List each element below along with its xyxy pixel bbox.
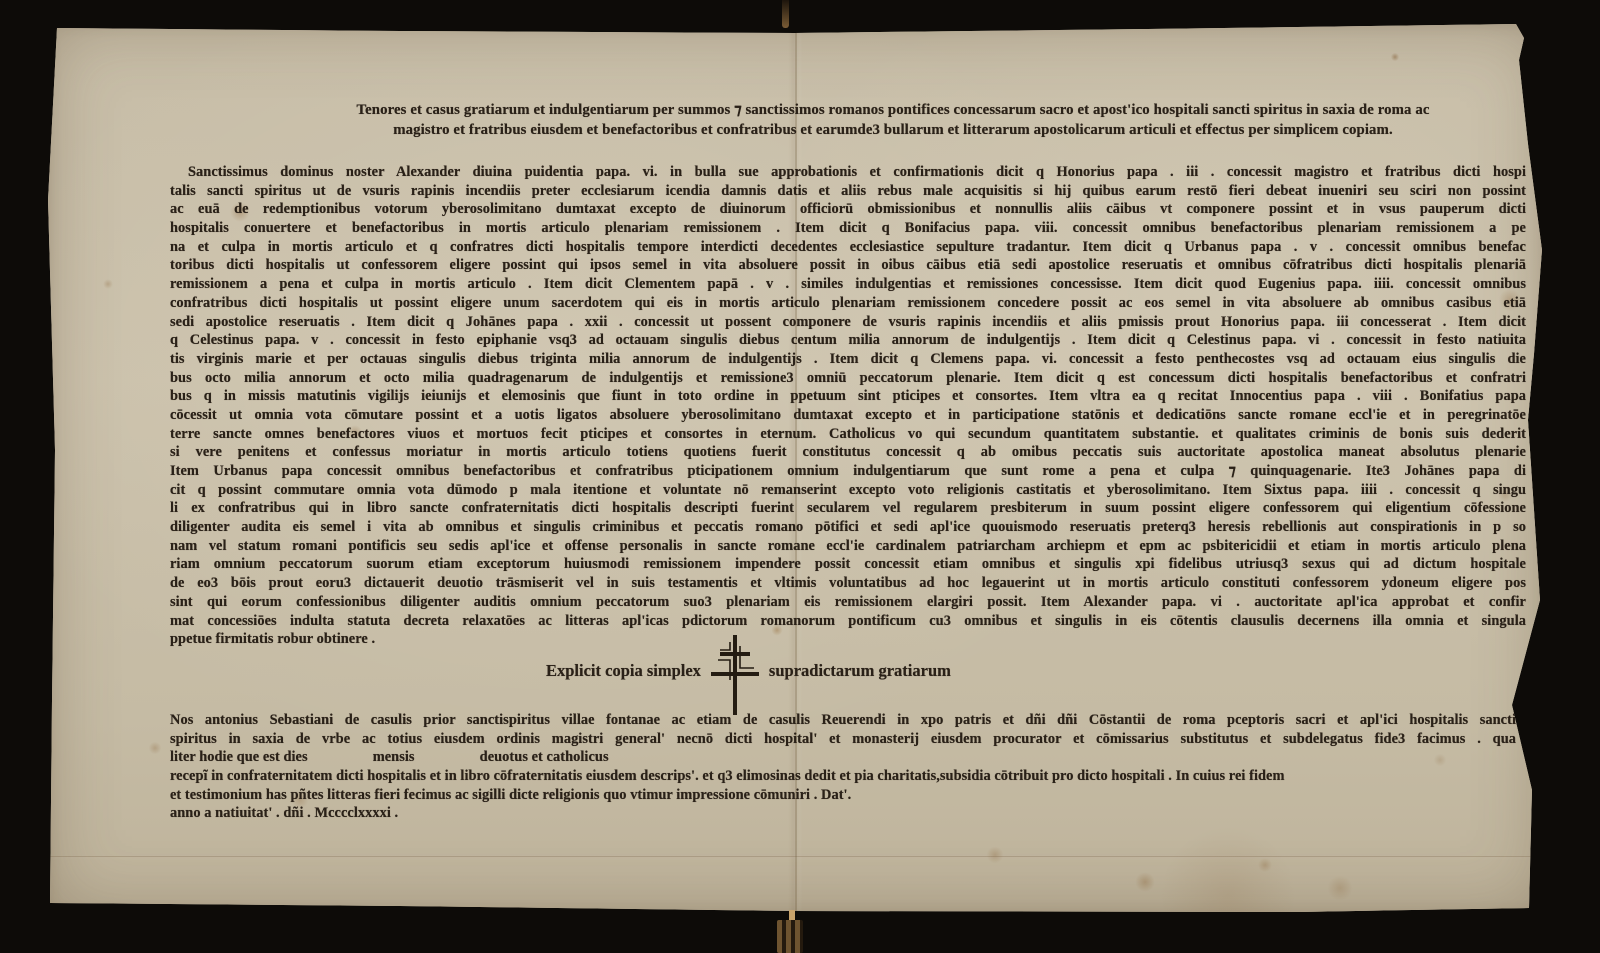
- notary-text-line: recepĩ in confraternitatem dicti hospita…: [170, 767, 1516, 786]
- body-text-line: terre sancte omnes benefactores viuos et…: [170, 425, 1526, 444]
- notary-text-line: anno a natiuitat' . dñi . Mcccclxxxxi .: [170, 804, 1516, 823]
- body-text-line: nam vel statum romani pontificis seu sed…: [170, 537, 1526, 556]
- body-text-line: cit q possint commutare omnia vota dūmod…: [170, 481, 1526, 500]
- bottom-horizontal-crease: [48, 856, 1544, 857]
- body-text-line: na et culpa in mortis articulo et q conf…: [170, 238, 1526, 257]
- body-text-line: diligenter audita eis semel i vita ab om…: [170, 518, 1526, 537]
- seal-cord-tassel: [777, 920, 803, 953]
- document-page: Tenores et casus gratiarum et indulgenti…: [48, 24, 1544, 914]
- body-text-line: bus octo milia annorum et octo milia qua…: [170, 369, 1526, 388]
- notary-text-line: spiritus in saxia de vrbe ac totius eius…: [170, 730, 1516, 749]
- body-text-line: Item Urbanus papa concessit omnibus bene…: [170, 462, 1526, 481]
- top-binding-thread: [782, 0, 789, 28]
- explicit-left-text: Explicit copia simplex: [546, 656, 701, 686]
- body-text-line: cōcessit ut omnia vota cōmutare possint …: [170, 406, 1526, 425]
- body-text-line: talis sancti spiritus ut de vsuris rapin…: [170, 182, 1526, 201]
- body-block: Sanctissimus dominus noster Alexander di…: [170, 163, 1526, 649]
- body-text-line: sedi apostolice reseruatis . Item dicit …: [170, 313, 1526, 332]
- body-text-line: hospitalis conuertere et benefactoribus …: [170, 219, 1526, 238]
- title-line-2: magistro et fratribus eiusdem et benefac…: [288, 120, 1498, 140]
- body-text-line: toribus dicti hospitalis ut confessorem …: [170, 256, 1526, 275]
- body-text-line: sint qui eorum confessionibus diligenter…: [170, 593, 1526, 612]
- body-text-line: ac euā de redemptionibus votorum yberoso…: [170, 200, 1526, 219]
- body-text-line: ppetue firmitatis robur obtinere .: [170, 630, 1526, 649]
- body-text-line: li ex confratribus qui in libro sancte c…: [170, 499, 1526, 518]
- body-text-line: Sanctissimus dominus noster Alexander di…: [170, 163, 1526, 182]
- notary-text-line: Nos antonius Sebastiani de casulis prior…: [170, 711, 1516, 730]
- body-text-line: riam omnium peccatorum suorum etiam exce…: [170, 555, 1526, 574]
- title-block: Tenores et casus gratiarum et indulgenti…: [288, 100, 1498, 140]
- body-text-line: de eo3 bōis prout eoru3 dictauerit deuot…: [170, 574, 1526, 593]
- body-text-line: mat concessiōes indulta statuta decreta …: [170, 612, 1526, 631]
- notary-text-line: et testimonium has pñtes litteras fieri …: [170, 786, 1516, 805]
- body-text-line: si vere penitens et confessus moriatur i…: [170, 443, 1526, 462]
- notary-block: Nos antonius Sebastiani de casulis prior…: [170, 711, 1516, 823]
- notary-text-line: liter hodie que est dies mensis deuotus …: [170, 748, 1516, 767]
- body-text-line: q Celestinus papa. v . concessit in fest…: [170, 331, 1526, 350]
- explicit-right-text: supradictarum gratiarum: [769, 656, 951, 686]
- body-text-line: confratribus dicti hospitalis ut possint…: [170, 294, 1526, 313]
- body-text-line: remissionem a pena et culpa in mortis ar…: [170, 275, 1526, 294]
- body-text-line: tis virginis marie et per octauas singul…: [170, 350, 1526, 369]
- title-line-1: Tenores et casus gratiarum et indulgenti…: [288, 100, 1498, 120]
- body-text-line: bus q in missis matutinis vigilijs ieiun…: [170, 387, 1526, 406]
- photo-background: Tenores et casus gratiarum et indulgenti…: [0, 0, 1600, 953]
